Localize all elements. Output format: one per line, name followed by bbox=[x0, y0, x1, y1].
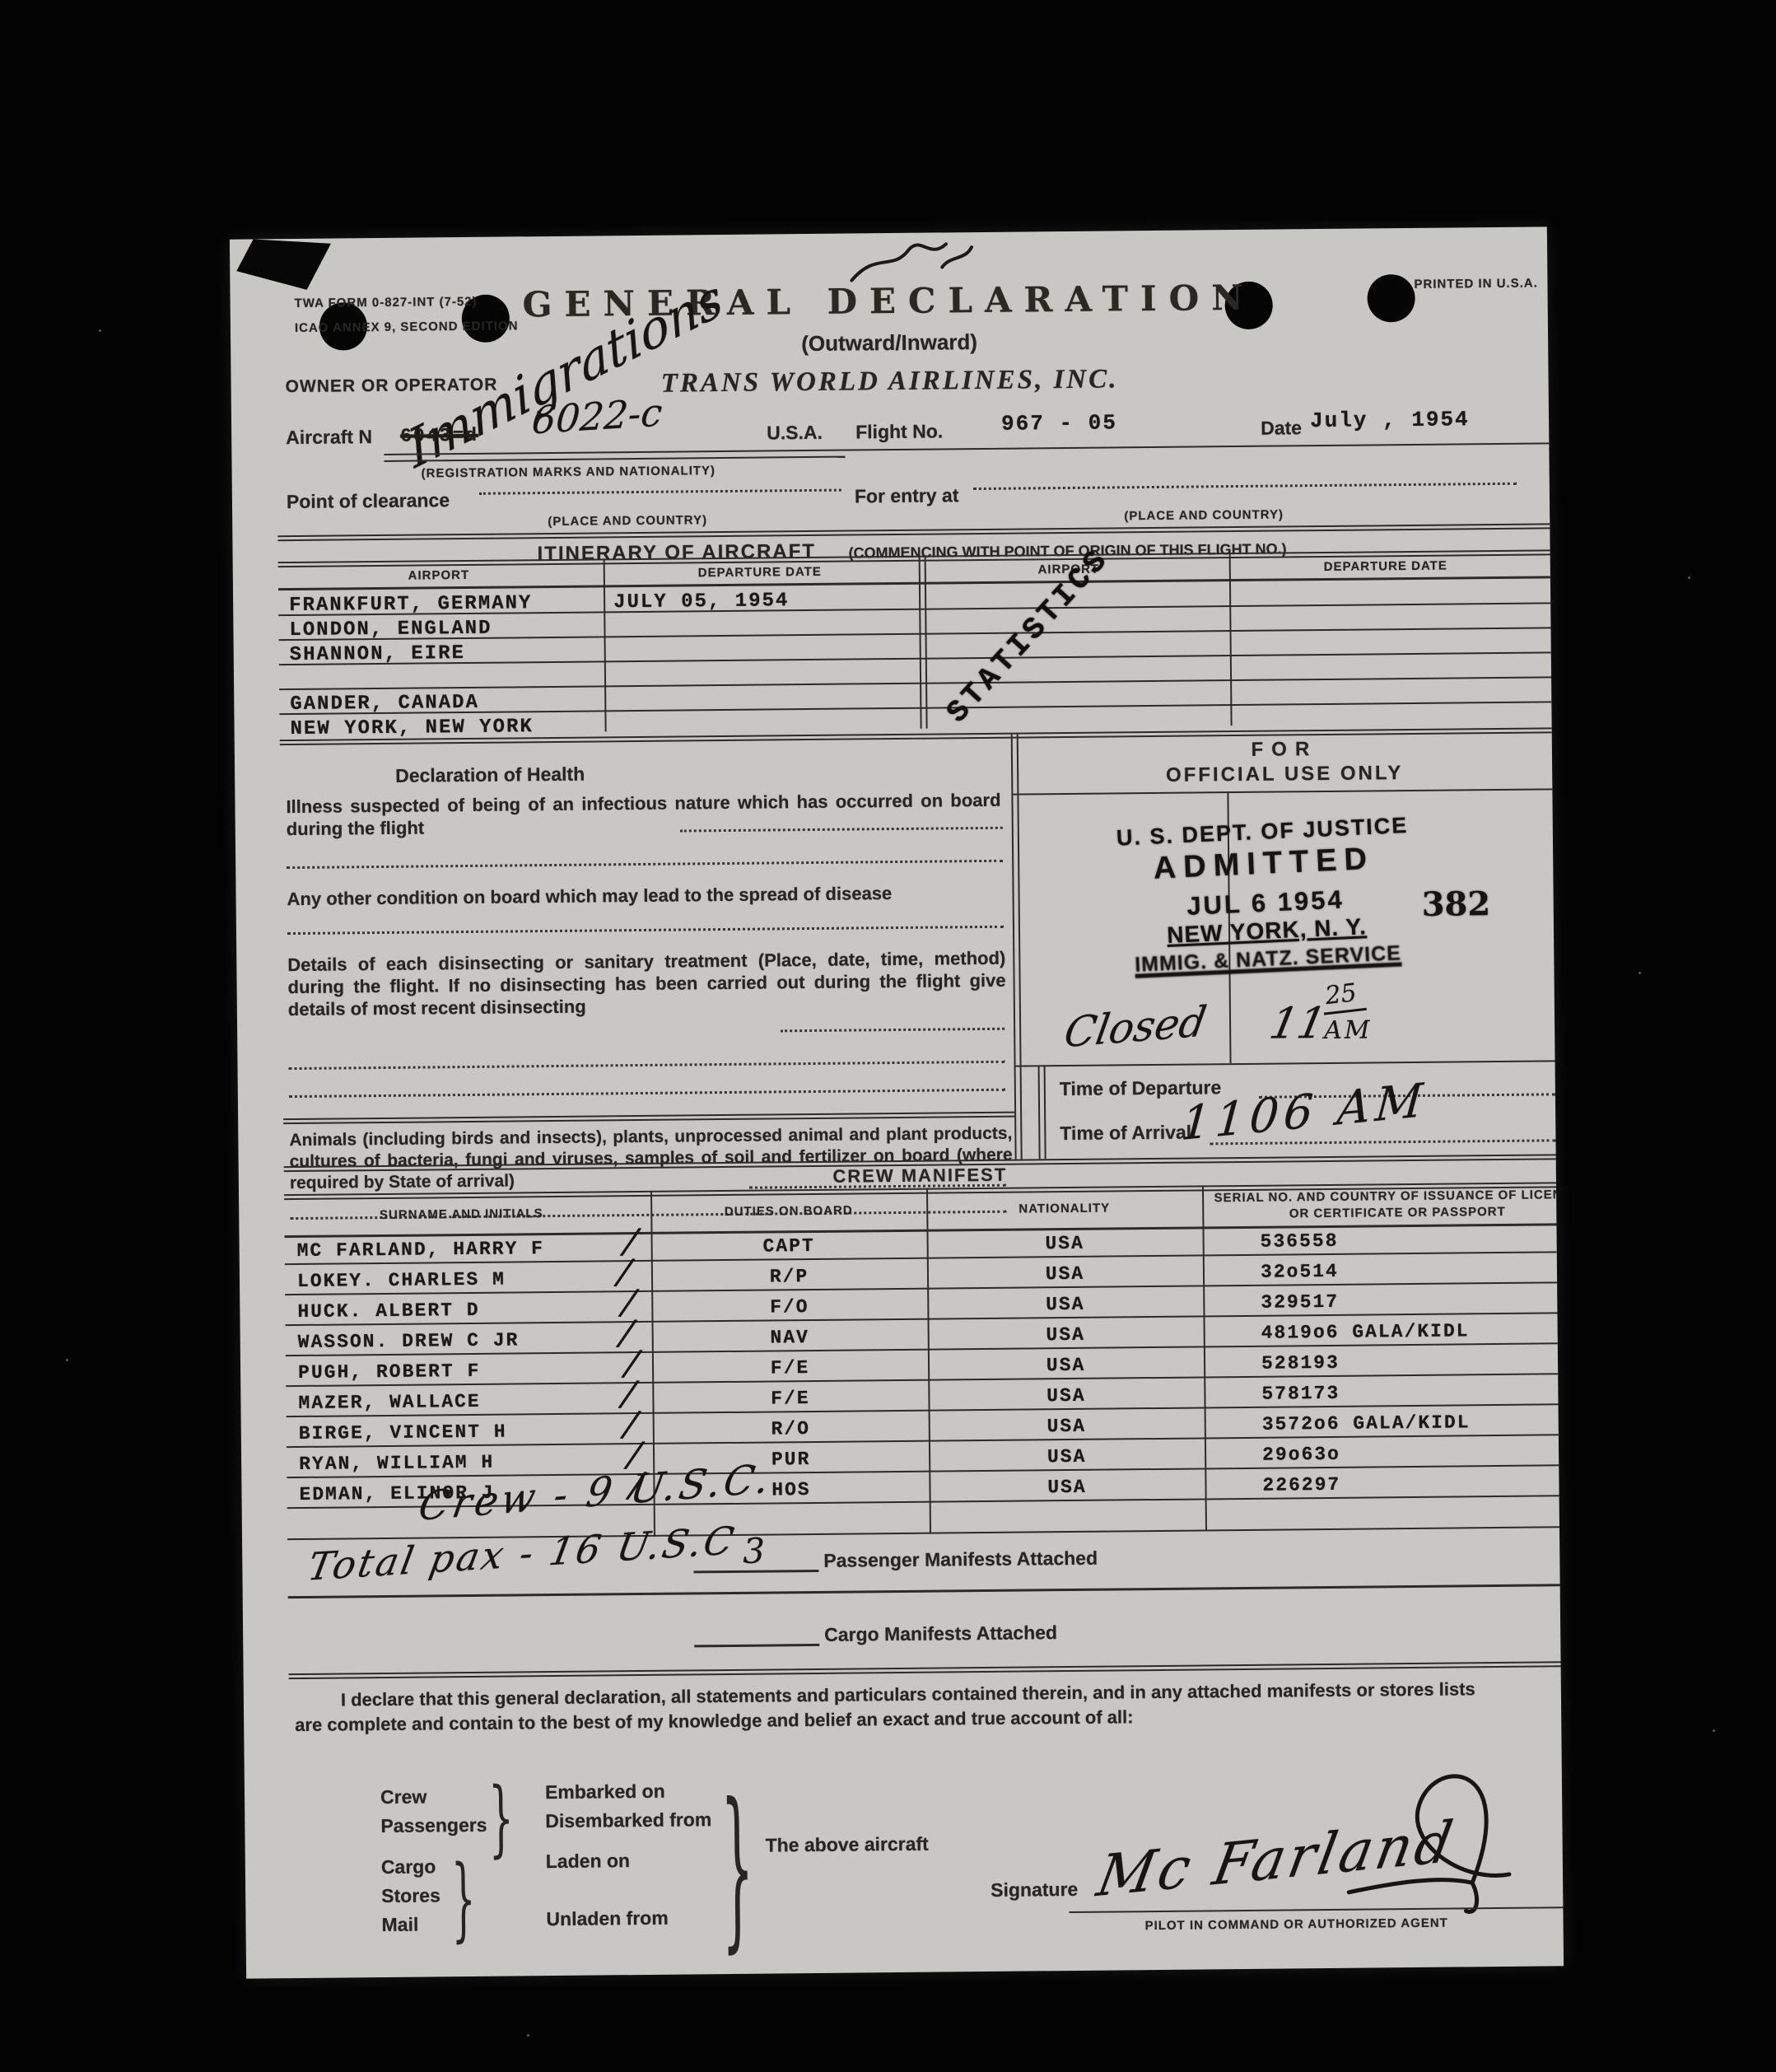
declaration-line1: I declare that this general declaration,… bbox=[341, 1678, 1475, 1710]
crew-nationality: USA bbox=[937, 1476, 1196, 1500]
unladen-from-label: Unladen from bbox=[546, 1907, 668, 1930]
usa-label: U.S.A. bbox=[767, 422, 823, 445]
times-inner-line-b bbox=[1044, 1065, 1046, 1159]
itinerary-row-rule bbox=[279, 651, 1551, 665]
form-number-line1: TWA FORM 0-827-INT (7-52) bbox=[295, 295, 478, 310]
pax-count-blank bbox=[693, 1570, 818, 1573]
crew-header-nationality: NATIONALITY bbox=[935, 1201, 1194, 1217]
punch-hole bbox=[1367, 274, 1415, 323]
point-of-clearance-label: Point of clearance bbox=[287, 489, 450, 513]
health-bottom-rule bbox=[283, 1112, 1014, 1125]
crew-duty: R/P bbox=[660, 1265, 919, 1289]
crew-serial: 528193 bbox=[1261, 1352, 1340, 1374]
crew-serial: 226297 bbox=[1262, 1474, 1340, 1496]
itinerary-header-airport1: AIRPORT bbox=[299, 567, 579, 584]
crew-header-serial: SERIAL NO. AND COUNTRY OF ISSUANCE OF LI… bbox=[1212, 1187, 1564, 1223]
crew-nationality: USA bbox=[935, 1262, 1195, 1286]
health-blank bbox=[287, 860, 1003, 869]
crew-nationality: USA bbox=[935, 1293, 1195, 1317]
pax-manifest-count-handwriting: 3 bbox=[743, 1531, 765, 1571]
signature-label: Signature bbox=[991, 1878, 1078, 1902]
clearance-blank bbox=[479, 489, 841, 495]
crew-serial: 32o514 bbox=[1261, 1261, 1339, 1283]
crew-name: MC FARLAND, HARRY F bbox=[297, 1238, 544, 1262]
signature-flourish bbox=[1340, 1751, 1539, 1917]
crew-duty: R/O bbox=[661, 1417, 921, 1441]
place-country-caption2: (PLACE AND COUNTRY) bbox=[1080, 507, 1327, 524]
declaration-top-rule bbox=[289, 1661, 1561, 1679]
crew-duty: CAPT bbox=[660, 1234, 919, 1258]
section-divider-a bbox=[1011, 735, 1017, 1160]
times-inner-line-a bbox=[1038, 1065, 1041, 1159]
health-blank bbox=[289, 1089, 1005, 1098]
corner-tape-mark bbox=[236, 239, 332, 291]
crew-duty: F/E bbox=[660, 1356, 920, 1380]
health-blank bbox=[287, 926, 1004, 935]
cargo-count-blank bbox=[694, 1644, 819, 1647]
crew-duty: F/E bbox=[660, 1387, 920, 1411]
stamp-number: 382 bbox=[1421, 884, 1490, 924]
declaration-line2: are complete and contain to the best of … bbox=[295, 1706, 1134, 1736]
cargo-footer-label: Cargo bbox=[381, 1855, 436, 1878]
section-rule bbox=[277, 523, 1550, 541]
itinerary-row-rule bbox=[279, 676, 1551, 690]
flight-no-label: Flight No. bbox=[855, 420, 943, 443]
date-value: July , 1954 bbox=[1310, 407, 1470, 433]
total-pax-handwriting: Total pax - 16 U.S.C bbox=[305, 1518, 740, 1589]
above-aircraft-brace: } bbox=[720, 1765, 755, 1970]
health-title: Declaration of Health bbox=[395, 763, 585, 787]
itinerary-header-depdate2: DEPARTURE DATE bbox=[1246, 558, 1526, 575]
section-divider-b bbox=[1017, 735, 1023, 1160]
crew-nationality: USA bbox=[936, 1384, 1196, 1408]
document-page: TWA FORM 0-827-INT (7-52) ICAO ANNEX 9, … bbox=[230, 226, 1564, 1978]
aircraft-line-rule bbox=[384, 442, 1549, 455]
aircraft-label: Aircraft N bbox=[286, 426, 372, 449]
crew-passengers-brace: } bbox=[488, 1771, 515, 1868]
crew-nationality: USA bbox=[936, 1323, 1196, 1347]
official-use-title2: OFFICIAL USE ONLY bbox=[1017, 760, 1552, 788]
crew-vline3 bbox=[1202, 1185, 1207, 1531]
crew-header-rule bbox=[284, 1223, 1556, 1238]
date-label: Date bbox=[1261, 417, 1302, 439]
disembarked-from-label: Disembarked from bbox=[545, 1808, 711, 1832]
mail-footer-label: Mail bbox=[381, 1914, 418, 1936]
closed-hour-handwriting: 11 bbox=[1266, 999, 1330, 1049]
passenger-manifests-label: Passenger Manifests Attached bbox=[823, 1547, 1098, 1572]
form-title: GENERAL DECLARATION bbox=[477, 277, 1300, 325]
crew-vline2 bbox=[926, 1188, 931, 1534]
time-of-arrival-label: Time of Arrival bbox=[1060, 1122, 1191, 1146]
crew-duty: F/O bbox=[660, 1295, 919, 1319]
crew-name: MAZER, WALLACE bbox=[298, 1391, 480, 1414]
entry-blank bbox=[973, 483, 1517, 490]
registration-caption: (REGISTRATION MARKS AND NATIONALITY) bbox=[422, 464, 716, 480]
dust-speck bbox=[66, 1359, 68, 1361]
itinerary-cell-airport: NEW YORK, NEW YORK bbox=[290, 716, 533, 740]
admitted-stamp: U. S. DEPT. OF JUSTICE ADMITTED JUL 6 19… bbox=[1065, 810, 1466, 980]
printed-in-usa-label: PRINTED IN U.S.A. bbox=[1414, 276, 1538, 291]
crossed-out-registration: 6043=d bbox=[400, 425, 478, 447]
cargo-manifests-label: Cargo Manifests Attached bbox=[824, 1622, 1057, 1646]
dust-speck bbox=[1638, 972, 1641, 974]
health-blank bbox=[289, 1061, 1005, 1070]
official-use-title1: FOR bbox=[1017, 735, 1552, 763]
cargo-stores-mail-brace: } bbox=[451, 1845, 477, 1952]
crew-serial: 329517 bbox=[1261, 1291, 1339, 1314]
official-times-rule bbox=[1016, 1060, 1555, 1066]
totals-rule bbox=[288, 1584, 1560, 1598]
crew-name: LOKEY. CHARLES M bbox=[297, 1269, 506, 1292]
dust-speck bbox=[1688, 576, 1690, 579]
crew-name: HUCK. ALBERT D bbox=[297, 1300, 479, 1323]
crew-header-name: SURNAME AND INITIALS bbox=[305, 1206, 618, 1223]
crew-serial: 29o63o bbox=[1262, 1444, 1340, 1466]
laden-on-label: Laden on bbox=[546, 1850, 630, 1873]
official-box-rule bbox=[1013, 788, 1552, 795]
health-question2: Any other condition on board which may l… bbox=[287, 881, 1011, 910]
scan-background: { "header": { "form_number1": "TWA FORM … bbox=[0, 0, 1776, 2072]
place-country-caption1: (PLACE AND COUNTRY) bbox=[504, 513, 751, 530]
dust-speck bbox=[527, 2034, 529, 2037]
crew-name: RYAN, WILLIAM H bbox=[299, 1452, 494, 1475]
crew-name: BIRGE, VINCENT H bbox=[299, 1421, 507, 1444]
dust-speck bbox=[99, 329, 101, 332]
flight-no-value: 967 - 05 bbox=[1001, 410, 1117, 436]
crew-nationality: USA bbox=[936, 1354, 1196, 1378]
signature-caption: PILOT IN COMMAND OR AUTHORIZED AGENT bbox=[1145, 1916, 1448, 1934]
itinerary-header-depdate1: DEPARTURE DATE bbox=[620, 564, 900, 581]
crew-serial: 4819o6 GALA/KIDL bbox=[1261, 1320, 1470, 1343]
crew-nationality: USA bbox=[935, 1232, 1195, 1256]
crew-duty: NAV bbox=[660, 1326, 920, 1350]
crew-nationality: USA bbox=[937, 1445, 1196, 1469]
closed-minutes-handwriting: 25 bbox=[1321, 978, 1367, 1015]
closed-handwriting: Closed bbox=[1060, 997, 1210, 1057]
above-aircraft-label: The above aircraft bbox=[766, 1833, 929, 1857]
embarked-on-label: Embarked on bbox=[545, 1780, 665, 1804]
health-question3: Details of each disinsecting or sanitary… bbox=[287, 947, 1006, 1020]
for-entry-at-label: For entry at bbox=[855, 484, 959, 507]
crew-serial: 578173 bbox=[1261, 1383, 1340, 1405]
crew-serial: 3572o6 GALA/KIDL bbox=[1262, 1412, 1471, 1435]
crew-name: PUGH, ROBERT F bbox=[298, 1360, 480, 1384]
closed-ampm-handwriting: AM bbox=[1324, 1015, 1373, 1045]
registration-handwriting: 6022-c bbox=[530, 390, 664, 442]
crew-name: WASSON. DREW C JR bbox=[298, 1329, 520, 1353]
crew-serial: 536558 bbox=[1261, 1230, 1339, 1253]
passengers-footer-label: Passengers bbox=[380, 1814, 487, 1837]
stores-footer-label: Stores bbox=[381, 1884, 441, 1907]
crew-header-duty: DUTIES ON BOARD bbox=[659, 1203, 918, 1220]
health-blank bbox=[781, 1028, 1005, 1033]
crew-footer-label: Crew bbox=[380, 1786, 427, 1809]
health-question1: Illness suspected of being of an infecti… bbox=[286, 789, 1000, 840]
dust-speck bbox=[1713, 1729, 1715, 1732]
crew-nationality: USA bbox=[937, 1415, 1196, 1439]
